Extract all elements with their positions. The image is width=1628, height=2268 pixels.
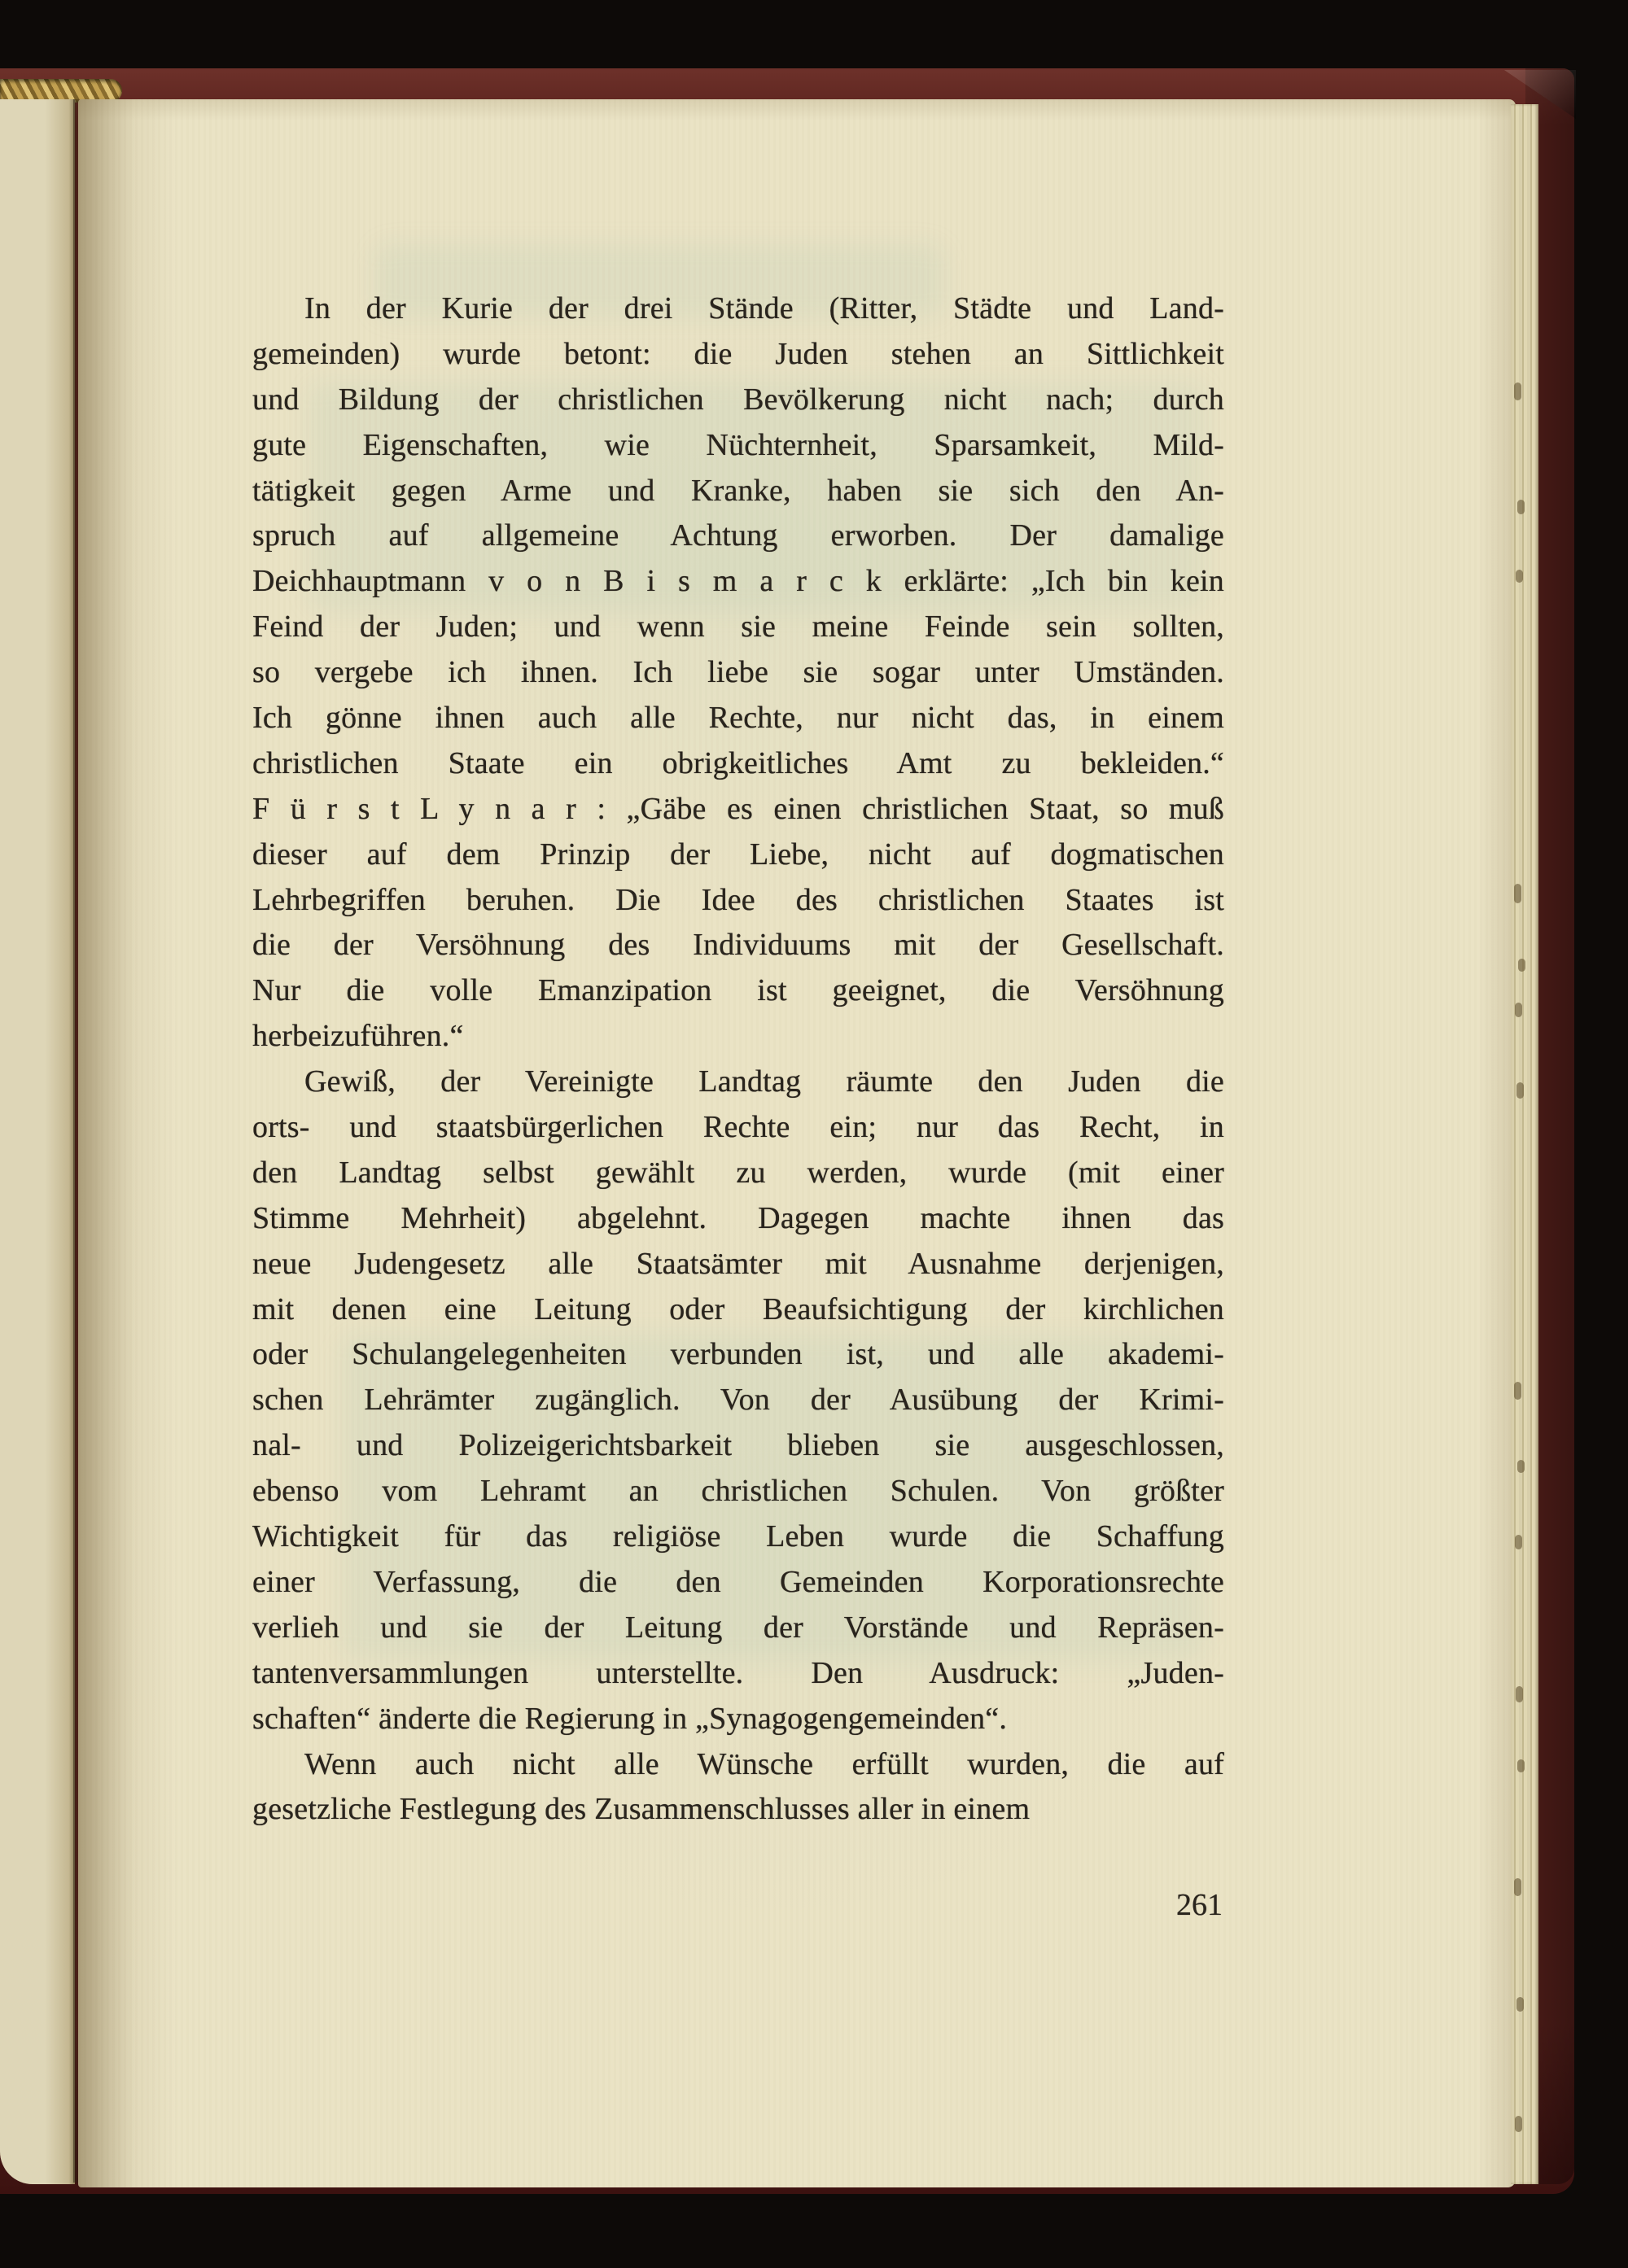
page-edge-mark	[1514, 884, 1521, 903]
book-photo: In der Kurie der drei Stände (Ritter, St…	[0, 0, 1628, 2268]
text-line: Wenn auch nicht alle Wünsche erfüllt wur…	[252, 1742, 1224, 1788]
text-line: Nur die volle Emanzipation ist geeignet,…	[252, 968, 1224, 1014]
text-line: so vergebe ich ihnen. Ich liebe sie soga…	[252, 650, 1224, 696]
text-line: gute Eigenschaften, wie Nüchternheit, Sp…	[252, 423, 1224, 469]
text-line: Lehrbegriffen beruhen. Die Idee des chri…	[252, 878, 1224, 924]
page-edge-mark	[1517, 500, 1525, 514]
text-line: nal- und Polizeigerichtsbarkeit blieben …	[252, 1423, 1224, 1469]
page-edge-mark	[1516, 570, 1523, 583]
page-edge-mark	[1517, 1759, 1525, 1772]
text-line: spruch auf allgemeine Achtung erworben. …	[252, 513, 1224, 559]
page-edge-mark	[1515, 1003, 1522, 1017]
text-line: ebenso vom Lehramt an christlichen Schul…	[252, 1469, 1224, 1514]
text-line: gemeinden) wurde betont: die Juden stehe…	[252, 332, 1224, 378]
text-line: Stimme Mehrheit) abgelehnt. Dagegen mach…	[252, 1196, 1224, 1242]
text-line: verlieh und sie der Leitung der Vorständ…	[252, 1606, 1224, 1651]
text-line: schen Lehrämter zugänglich. Von der Ausü…	[252, 1378, 1224, 1423]
text-line: F ü r s t L y n a r : „Gäbe es einen chr…	[252, 787, 1224, 832]
page-edge-mark	[1517, 1460, 1525, 1473]
text-line: dieser auf dem Prinzip der Liebe, nicht …	[252, 832, 1224, 878]
text-line: In der Kurie der drei Stände (Ritter, St…	[252, 286, 1224, 332]
page-edge-mark	[1515, 1535, 1522, 1549]
text-line: Deichhauptmann v o n B i s m a r c k erk…	[252, 559, 1224, 605]
text-line: einer Verfassung, die den Gemeinden Korp…	[252, 1560, 1224, 1606]
text-line: schaften“ änderte die Regierung in „Syna…	[252, 1697, 1224, 1742]
text-line: herbeizuführen.“	[252, 1014, 1224, 1060]
fore-edge	[1511, 104, 1538, 2184]
page-edge-mark	[1516, 1686, 1523, 1702]
text-line: und Bildung der christlichen Bevölkerung…	[252, 378, 1224, 423]
text-line: christlichen Staate ein obrigkeitliches …	[252, 741, 1224, 787]
text-line: Feind der Juden; und wenn sie meine Fein…	[252, 605, 1224, 650]
text-block: In der Kurie der drei Stände (Ritter, St…	[252, 286, 1224, 1833]
page-edge-mark	[1514, 1382, 1521, 1400]
page-edge-mark	[1514, 1878, 1521, 1896]
text-line: die der Versöhnung des Individuums mit d…	[252, 923, 1224, 968]
text-line: Gewiß, der Vereinigte Landtag räumte den…	[252, 1060, 1224, 1105]
text-line: gesetzliche Festlegung des Zusammenschlu…	[252, 1787, 1224, 1833]
page-edge-mark	[1514, 382, 1521, 400]
page-edge-mark	[1516, 1082, 1524, 1099]
text-line: tantenversammlungen unterstellte. Den Au…	[252, 1651, 1224, 1697]
text-line: tätigkeit gegen Arme und Kranke, haben s…	[252, 469, 1224, 514]
page-edge-mark	[1516, 1997, 1524, 2012]
text-line: mit denen eine Leitung oder Beaufsichtig…	[252, 1287, 1224, 1333]
page-number: 261	[252, 1883, 1223, 1929]
page-edge-mark	[1518, 959, 1525, 972]
left-page-edge	[0, 99, 75, 2184]
text-line: den Landtag selbst gewählt zu werden, wu…	[252, 1151, 1224, 1196]
text-line: orts- und staatsbürgerlichen Rechte ein;…	[252, 1105, 1224, 1151]
text-line: Ich gönne ihnen auch alle Rechte, nur ni…	[252, 696, 1224, 741]
text-line: neue Judengesetz alle Staatsämter mit Au…	[252, 1242, 1224, 1287]
text-line: oder Schulangelegenheiten verbunden ist,…	[252, 1332, 1224, 1378]
page-edge-mark	[1515, 2116, 1522, 2132]
text-line: Wichtigkeit für das religiöse Leben wurd…	[252, 1514, 1224, 1560]
